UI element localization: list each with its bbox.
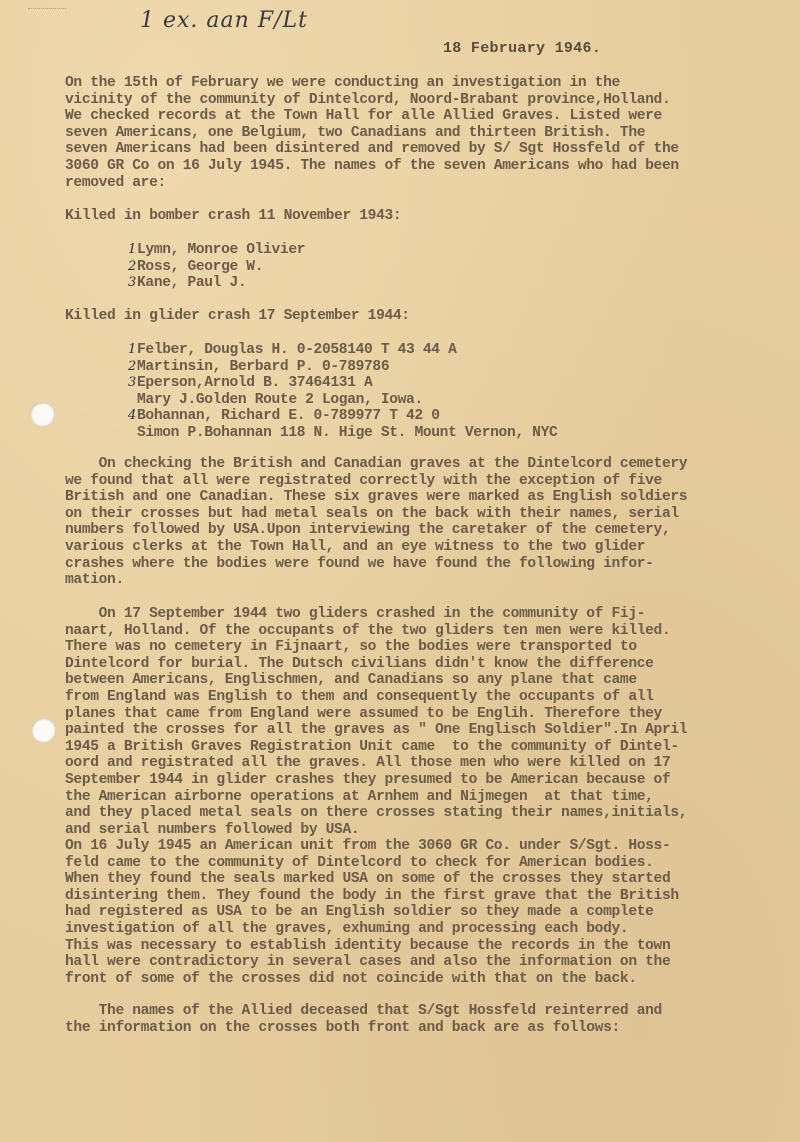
document-page: 1 ex. aan F/Lt 18 February 1946. On the …: [0, 0, 800, 1142]
text-line: investigation of all the graves, exhumin…: [65, 921, 628, 938]
text-line: disintering them. They found the body in…: [65, 888, 679, 905]
text-line: feld came to the community of Dintelcord…: [65, 855, 654, 872]
text-line: we found that all were registrated corre…: [65, 473, 662, 490]
list-item: 1Lymn, Monroe Olivier: [128, 242, 305, 259]
list-item: 4Bohannan, Richard E. 0-789977 T 42 0: [128, 408, 440, 425]
list-item-text: Martinsin, Berbard P. 0-789786: [137, 359, 389, 375]
text-line: On the 15th of February we were conducti…: [65, 75, 620, 92]
paper-clip-mark: [28, 0, 66, 9]
text-line: When they found the seals marked USA on …: [65, 871, 670, 888]
handwritten-note: 1 ex. aan F/Lt: [140, 8, 308, 33]
text-line: We checked records at the Town Hall for …: [65, 108, 662, 125]
text-line: planes that came from England were assum…: [65, 706, 662, 723]
list-item-text: Bohannan, Richard E. 0-789977 T 42 0: [137, 408, 440, 424]
handwritten-number-mark: 1: [128, 342, 137, 359]
text-line: painted the crosses for all the graves a…: [65, 722, 687, 739]
text-line: between Americans, Englischmen, and Cana…: [65, 672, 637, 689]
punch-hole-top: [30, 402, 54, 426]
list-item: Mary J.Golden Route 2 Logan, Iowa.: [128, 392, 423, 409]
handwritten-number-mark: 3: [128, 275, 137, 292]
text-line: naart, Holland. Of the occupants of the …: [65, 623, 670, 640]
list-item-text: Lymn, Monroe Olivier: [137, 242, 305, 258]
list-item-text: Simon P.Bohannan 118 N. Hige St. Mount V…: [137, 425, 557, 441]
text-line: British and one Canadian. These six grav…: [65, 489, 687, 506]
list-item-text: Ross, George W.: [137, 259, 263, 275]
list-item: 3Eperson,Arnold B. 37464131 A: [128, 375, 372, 392]
list-item: 1Felber, Douglas H. 0-2058140 T 43 44 A: [128, 342, 457, 359]
text-line: the information on the crosses both fron…: [65, 1020, 620, 1037]
text-line: Dintelcord for burial. The Dutsch civili…: [65, 656, 654, 673]
text-line: mation.: [65, 572, 124, 589]
text-line: various clerks at the Town Hall, and an …: [65, 539, 645, 556]
text-line: There was no cemetery in Fijnaart, so th…: [65, 639, 637, 656]
text-line: September 1944 in glider crashes they pr…: [65, 772, 670, 789]
punch-hole-bottom: [31, 718, 55, 742]
list-item-text: Kane, Paul J.: [137, 275, 246, 291]
bomber-heading: Killed in bomber crash 11 November 1943:: [65, 208, 401, 225]
text-line: 1945 a British Graves Registration Unit …: [65, 739, 679, 756]
text-line: removed are:: [65, 175, 166, 192]
handwritten-number-mark: 2: [128, 259, 137, 276]
text-line: numbers followed by USA.Upon interviewin…: [65, 522, 670, 539]
list-item: 2Ross, George W.: [128, 259, 263, 276]
text-line: the American airborne operations at Arnh…: [65, 789, 654, 806]
list-item: 3Kane, Paul J.: [128, 275, 246, 292]
text-line: vicinity of the community of Dintelcord,…: [65, 92, 670, 109]
text-line: on their crosses but had metal seals on …: [65, 506, 679, 523]
text-line: On 17 September 1944 two gliders crashed…: [65, 606, 645, 623]
text-line: from England was English to them and con…: [65, 689, 654, 706]
handwritten-number-mark: 1: [128, 242, 137, 259]
text-line: The names of the Allied deceased that S/…: [65, 1003, 662, 1020]
text-line: and serial numbers followed by USA.: [65, 822, 359, 839]
list-item-text: Eperson,Arnold B. 37464131 A: [137, 375, 372, 391]
handwritten-number-mark: 4: [128, 408, 137, 425]
text-line: On checking the British and Canadian gra…: [65, 456, 687, 473]
list-item: Simon P.Bohannan 118 N. Hige St. Mount V…: [128, 425, 557, 442]
text-line: seven Americans had been disintered and …: [65, 141, 679, 158]
list-item: 2Martinsin, Berbard P. 0-789786: [128, 359, 389, 376]
text-line: This was necessary to establish identity…: [65, 938, 670, 955]
text-line: front of some of the crosses did not coi…: [65, 971, 637, 988]
text-line: crashes where the bodies were found we h…: [65, 556, 654, 573]
handwritten-number-mark: 3: [128, 375, 137, 392]
text-line: On 16 July 1945 an American unit from th…: [65, 838, 670, 855]
list-item-text: Felber, Douglas H. 0-2058140 T 43 44 A: [137, 342, 457, 358]
handwritten-number-mark: 2: [128, 359, 137, 376]
document-date: 18 February 1946.: [443, 40, 601, 57]
text-line: 3060 GR Co on 16 July 1945. The names of…: [65, 158, 679, 175]
text-line: oord and registrated all the graves. All…: [65, 755, 670, 772]
text-line: had registered as USA to be an English s…: [65, 904, 654, 921]
text-line: and they placed metal seals on there cro…: [65, 805, 687, 822]
text-line: seven Americans, one Belgium, two Canadi…: [65, 125, 645, 142]
list-item-text: Mary J.Golden Route 2 Logan, Iowa.: [137, 392, 423, 408]
text-line: hall were contradictory in several cases…: [65, 954, 670, 971]
glider-heading: Killed in glider crash 17 September 1944…: [65, 308, 410, 325]
